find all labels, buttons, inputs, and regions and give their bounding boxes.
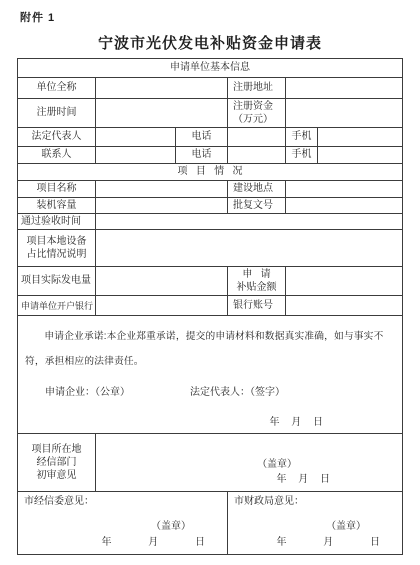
reg-address-label: 注册地址 xyxy=(228,78,286,99)
city-finance-label: 市财政局意见： xyxy=(234,496,396,508)
row-city-opinions: 市经信委意见： （盖章） 年 月 日 市财政局意见： （盖章） 年 月 日 xyxy=(18,492,403,555)
application-form-table: 申请单位基本信息 单位全称 注册地址 注册时间 注册资金 （万元） 法定代表人 … xyxy=(17,58,403,555)
commitment-date: 年 月 日 xyxy=(25,417,395,429)
build-site-label: 建设地点 xyxy=(228,181,286,198)
section-row-project: 项 目 情 况 xyxy=(18,164,403,181)
capacity-field xyxy=(96,198,228,214)
project-name-field xyxy=(96,181,228,198)
city-econ-date: 年 月 日 xyxy=(24,537,221,549)
local-review-opinion-cell: （盖章） 年 月 日 xyxy=(96,434,403,492)
row-reg-time: 注册时间 注册资金 （万元） xyxy=(18,99,403,128)
subsidy-amount-label: 申 请 补贴金额 xyxy=(228,267,286,296)
attachment-label: 附件 1 xyxy=(20,9,420,25)
commitment-cell: 申请企业承诺:本企业郑重承诺，提交的申请材料和数据真实准确，如与事实不符，承担相… xyxy=(18,316,403,434)
section-row-basic-info: 申请单位基本信息 xyxy=(18,59,403,78)
local-review-seal: （盖章） xyxy=(96,459,402,471)
contact-mobile-field xyxy=(318,147,403,164)
signature-row: 申请企业：（公章） 法定代表人：（签字） xyxy=(25,387,395,399)
row-contact: 联系人 电话 手机 xyxy=(18,147,403,164)
legal-rep-phone-field xyxy=(228,128,286,147)
contact-label: 联系人 xyxy=(18,147,96,164)
build-site-field xyxy=(286,181,403,198)
contact-mobile-label: 手机 xyxy=(286,147,318,164)
unit-name-label: 单位全称 xyxy=(18,78,96,99)
approval-no-field xyxy=(286,198,403,214)
actual-generation-field xyxy=(96,267,228,296)
local-equipment-field xyxy=(96,230,403,267)
local-equipment-label: 项目本地设备 占比情况说明 xyxy=(18,230,96,267)
row-local-equipment: 项目本地设备 占比情况说明 xyxy=(18,230,403,267)
row-unit-name: 单位全称 注册地址 xyxy=(18,78,403,99)
subsidy-amount-field xyxy=(286,267,403,296)
account-field xyxy=(286,296,403,316)
row-actual-generation: 项目实际发电量 申 请 补贴金额 xyxy=(18,267,403,296)
row-commitment: 申请企业承诺:本企业郑重承诺，提交的申请材料和数据真实准确，如与事实不符，承担相… xyxy=(18,316,403,434)
legal-rep-phone-label: 电话 xyxy=(176,128,228,147)
reg-time-label: 注册时间 xyxy=(18,99,96,128)
city-econ-label: 市经信委意见： xyxy=(24,496,221,508)
legal-rep-mobile-label: 手机 xyxy=(286,128,318,147)
legal-rep-field xyxy=(96,128,176,147)
reg-time-field xyxy=(96,99,228,128)
bank-field xyxy=(96,296,228,316)
unit-name-field xyxy=(96,78,228,99)
acceptance-time-label: 通过验收时间 xyxy=(18,214,96,230)
commitment-text: 申请企业承诺:本企业郑重承诺，提交的申请材料和数据真实准确，如与事实不符，承担相… xyxy=(25,324,395,374)
city-econ-opinion-cell: 市经信委意见： （盖章） 年 月 日 xyxy=(18,492,228,555)
legal-rep-label: 法定代表人 xyxy=(18,128,96,147)
section-header-project: 项 目 情 况 xyxy=(18,164,403,181)
local-review-label: 项目所在地 经信部门 初审意见 xyxy=(18,434,96,492)
row-project-name: 项目名称 建设地点 xyxy=(18,181,403,198)
reg-address-field xyxy=(286,78,403,99)
project-name-label: 项目名称 xyxy=(18,181,96,198)
section-header-basic-info: 申请单位基本信息 xyxy=(18,59,403,78)
city-finance-date: 年 月 日 xyxy=(234,537,396,549)
city-econ-seal: （盖章） xyxy=(24,521,221,533)
legal-sign-label: 法定代表人：（签字） xyxy=(190,387,285,399)
page-title: 宁波市光伏发电补贴资金申请表 xyxy=(0,32,420,53)
actual-generation-label: 项目实际发电量 xyxy=(18,267,96,296)
legal-rep-mobile-field xyxy=(318,128,403,147)
contact-field xyxy=(96,147,176,164)
local-review-date: 年 月 日 xyxy=(96,474,402,486)
row-local-review: 项目所在地 经信部门 初审意见 （盖章） 年 月 日 xyxy=(18,434,403,492)
capacity-label: 装机容量 xyxy=(18,198,96,214)
acceptance-time-field xyxy=(96,214,403,230)
row-bank: 申请单位开户银行 银行账号 xyxy=(18,296,403,316)
bank-label: 申请单位开户银行 xyxy=(18,296,96,316)
row-capacity: 装机容量 批复文号 xyxy=(18,198,403,214)
row-acceptance-time: 通过验收时间 xyxy=(18,214,403,230)
city-finance-seal: （盖章） xyxy=(234,521,396,533)
approval-no-label: 批复文号 xyxy=(228,198,286,214)
row-legal-rep: 法定代表人 电话 手机 xyxy=(18,128,403,147)
contact-phone-label: 电话 xyxy=(176,147,228,164)
account-label: 银行账号 xyxy=(228,296,286,316)
reg-capital-field xyxy=(286,99,403,128)
company-seal-label: 申请企业：（公章） xyxy=(45,387,130,399)
contact-phone-field xyxy=(228,147,286,164)
city-finance-opinion-cell: 市财政局意见： （盖章） 年 月 日 xyxy=(228,492,403,555)
reg-capital-label: 注册资金 （万元） xyxy=(228,99,286,128)
